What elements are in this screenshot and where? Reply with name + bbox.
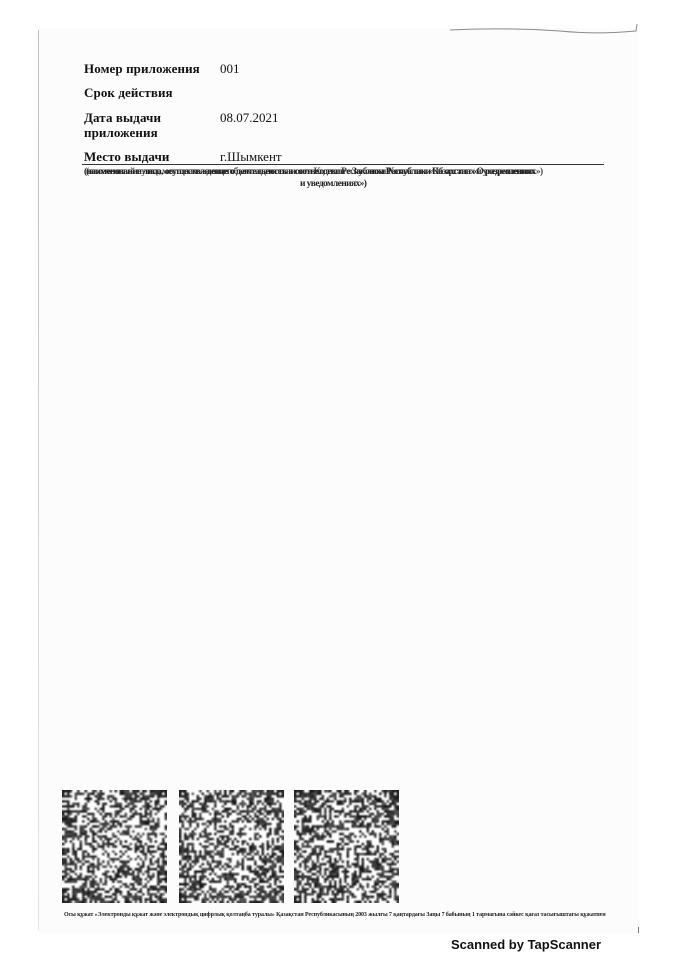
qr-code-1 [62, 790, 167, 903]
field-label-place-of-issue: Место выдачи [84, 148, 170, 165]
qr-code-3 [294, 790, 399, 903]
divider-line [82, 164, 604, 165]
page-bottom-mark [638, 927, 639, 933]
overlapping-note-line1-overlay: (населенный пункт, местонахождение объек… [86, 167, 606, 178]
qr-code-2 [179, 790, 284, 903]
field-label-validity-period: Срок действия [84, 84, 173, 101]
page-left-edge [38, 30, 39, 930]
field-value-issue-date: 08.07.2021 [220, 109, 279, 126]
footer-legal-note: Осы құжат «Электронды құжат және электро… [64, 911, 644, 919]
page-top-edge-curl [450, 22, 640, 42]
overlapping-note-line2: и уведомлениях») [300, 179, 366, 190]
scanner-watermark: Scanned by TapScanner [451, 937, 601, 952]
field-label-application-number: Номер приложения [84, 60, 200, 77]
field-value-application-number: 001 [220, 60, 240, 77]
field-label-issue-date-line2: приложения [84, 124, 158, 141]
field-value-place-of-issue: г.Шымкент [220, 148, 282, 165]
